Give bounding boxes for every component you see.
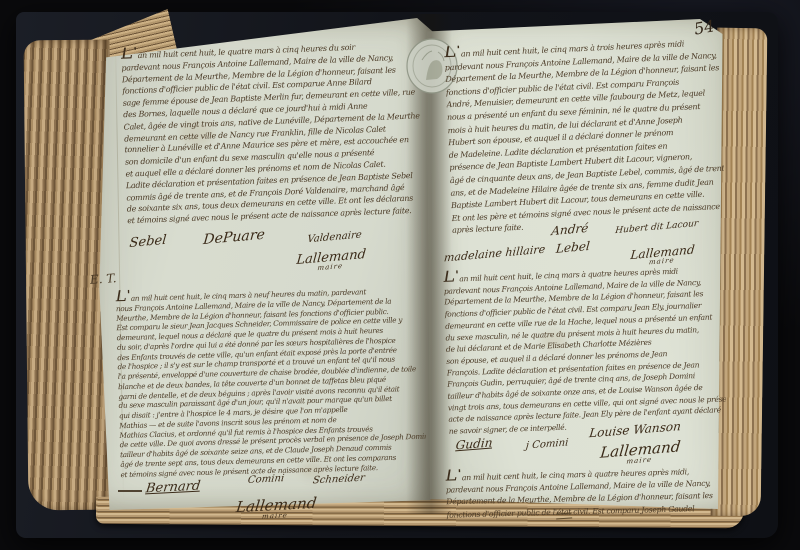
left-act1-text: L'an mil huit cent huit, le quatre mars … (121, 36, 424, 229)
signature: j Comini (525, 437, 569, 451)
signature: Schneider (312, 473, 365, 487)
right-act1-text: L'an mil huit cent huit, le cinq mars à … (444, 34, 726, 236)
left-act2-signatures: Bernard Comini Schneider Lallemand maire (118, 474, 428, 522)
left-act1-signatures: Sebel DePuare Valdenaire Lallemand maire (123, 223, 425, 283)
signature: Lebel (555, 239, 590, 256)
mayor-signature: Lallemand maire (234, 494, 317, 522)
ink-flourish (556, 512, 572, 519)
signature: Hubert dit Lacour (615, 219, 699, 236)
signature: Gudin (455, 435, 493, 452)
signature: Bernard (145, 479, 201, 497)
signature: madelaine hillaire (443, 243, 545, 265)
mayor-signature: Lallemand maire (295, 247, 366, 274)
signature: André (551, 221, 589, 238)
manuscript-register-photo: 54 E. T. L'an mil huit cent huit, le qua… (0, 0, 800, 550)
signature: Comini (247, 473, 285, 486)
signature: DePuare (203, 227, 266, 248)
ink-flourish-dash (118, 490, 142, 492)
right-act3-text: L'an mil huit cent huit, le cinq mars à … (445, 462, 724, 521)
left-act2-text: L'an mil huit cent huit, le cinq mars à … (115, 282, 426, 480)
signature: Sebel (129, 233, 167, 251)
margin-annotation: E. T. (90, 271, 117, 287)
signature: Valdenaire (307, 229, 362, 245)
right-act2-text: L'an mil huit cent huit, le cinq mars à … (443, 261, 727, 437)
